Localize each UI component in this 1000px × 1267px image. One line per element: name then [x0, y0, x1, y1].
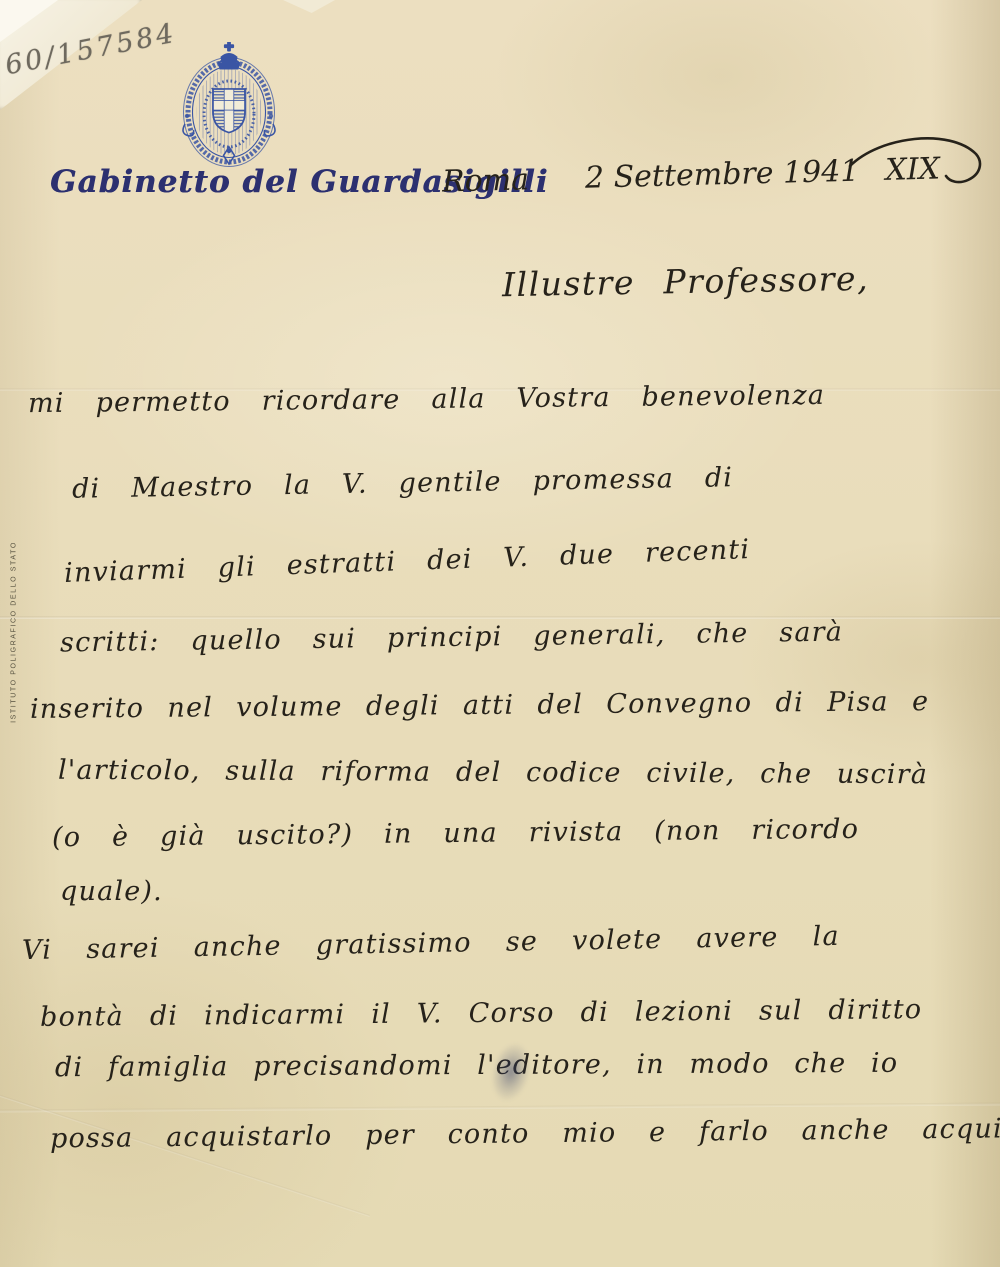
body-line: scritti: quello sui principi generali, c…	[60, 617, 843, 659]
salutation: Illustre Professore,	[502, 259, 870, 304]
body-line: quale).	[60, 876, 163, 907]
dateline-place: Roma	[442, 162, 530, 199]
body-line: inviarmi gli estratti dei V. due recenti	[64, 534, 751, 589]
fold-crease	[0, 616, 1000, 619]
letter-page: 60/157584	[0, 0, 1000, 1267]
savoy-coat-of-arms-icon	[176, 42, 282, 176]
body-line: (o è già uscito?) in una rivista (non ri…	[52, 814, 859, 853]
fold-crease	[0, 1103, 1000, 1113]
body-line: di famiglia precisandomi l'editore, in m…	[55, 1048, 898, 1083]
body-line: bontà di indicarmi il V. Corso di lezion…	[40, 994, 923, 1033]
body-line: mi permetto ricordare alla Vostra benevo…	[28, 380, 825, 419]
body-line: l'articolo, sulla riforma del codice civ…	[58, 755, 928, 791]
body-line: Vi sarei anche gratissimo se volete aver…	[22, 921, 840, 966]
dateline-era-year: XIX	[885, 151, 940, 187]
printer-mark: ISTITUTO POLIGRAFICO DELLO STATO	[11, 541, 18, 723]
dateline-date: 2 Settembre 1941	[585, 154, 860, 196]
top-edge-tear	[283, 0, 335, 13]
ink-blot	[485, 1038, 536, 1105]
body-line: possa acquistarlo per conto mio e farlo …	[50, 1113, 1000, 1155]
dateline: Roma2 Settembre 1941XIX	[442, 151, 941, 199]
body-line: inserito nel volume degli atti del Conve…	[30, 686, 929, 725]
body-line: di Maestro la V. gentile promessa di	[72, 462, 734, 505]
